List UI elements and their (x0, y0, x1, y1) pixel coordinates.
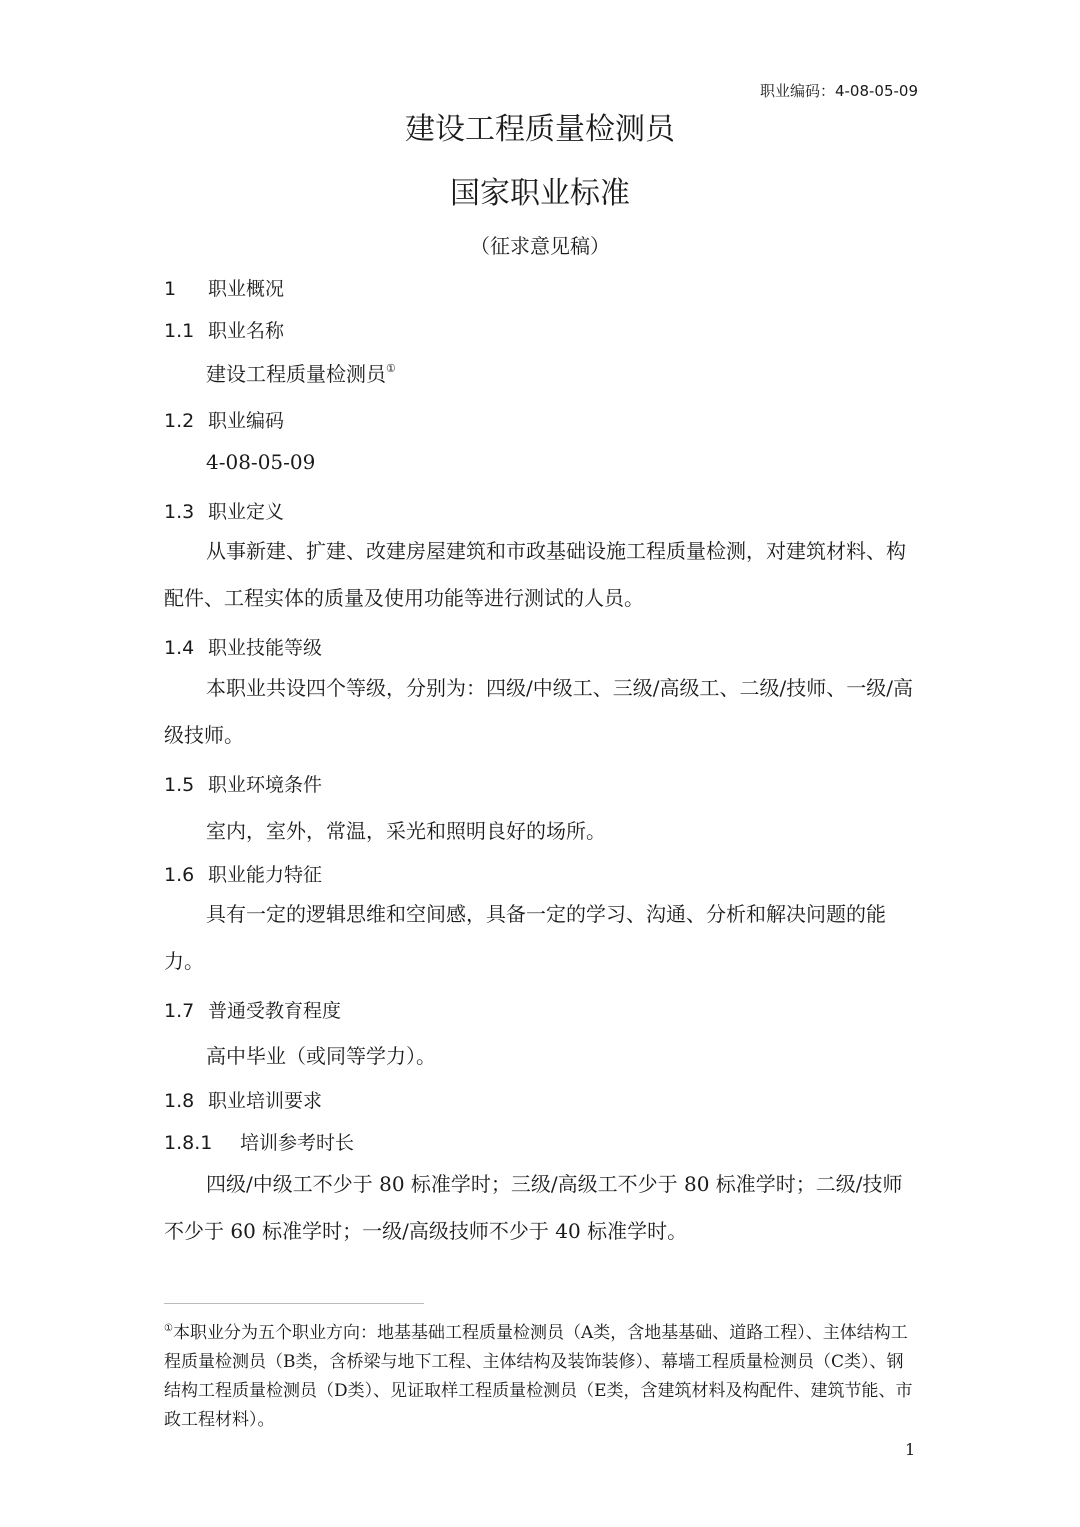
document-subtitle: （征求意见稿） (0, 230, 1080, 259)
section-heading-1-8: 1.8职业培训要求 (164, 1086, 322, 1113)
footnote-ref[interactable]: ① (386, 362, 396, 375)
section-heading-1-3: 1.3职业定义 (164, 497, 284, 524)
skill-levels: 本职业共设四个等级，分别为：四级/中级工、三级/高级工、二级/技师、一级/高级技… (164, 665, 914, 759)
education-level: 高中毕业（或同等学力）。 (206, 1040, 436, 1069)
section-heading-1-2: 1.2职业编码 (164, 406, 284, 433)
document-title: 建设工程质量检测员 (0, 104, 1080, 148)
footnote: ①本职业分为五个职业方向：地基基础工程质量检测员（A类，含地基基础、道路工程）、… (164, 1314, 914, 1435)
section-heading-1-5: 1.5职业环境条件 (164, 770, 322, 797)
work-environment: 室内，室外，常温，采光和照明良好的场所。 (206, 815, 606, 844)
footnote-marker: ① (164, 1323, 173, 1334)
section-heading-1-7: 1.7普通受教育程度 (164, 996, 341, 1023)
section-heading-1-4: 1.4职业技能等级 (164, 633, 322, 660)
page-number: 1 (905, 1440, 915, 1459)
occupation-code-header: 职业编码：4-08-05-09 (760, 80, 918, 101)
document-title-line2: 国家职业标准 (0, 168, 1080, 212)
footnote-separator (164, 1303, 424, 1304)
ability-characteristics: 具有一定的逻辑思维和空间感，具备一定的学习、沟通、分析和解决问题的能力。 (164, 891, 914, 985)
section-heading-1-6: 1.6职业能力特征 (164, 860, 322, 887)
section-heading-1-1: 1.1职业名称 (164, 316, 284, 343)
section-heading-1: 1职业概况 (164, 274, 284, 301)
occupation-definition: 从事新建、扩建、改建房屋建筑和市政基础设施工程质量检测，对建筑材料、构配件、工程… (164, 528, 914, 622)
occupation-code: 4-08-05-09 (206, 450, 315, 474)
training-hours: 四级/中级工不少于 80 标准学时；三级/高级工不少于 80 标准学时；二级/技… (164, 1161, 914, 1255)
occupation-name: 建设工程质量检测员① (206, 358, 396, 387)
section-heading-1-8-1: 1.8.1培训参考时长 (164, 1128, 354, 1155)
